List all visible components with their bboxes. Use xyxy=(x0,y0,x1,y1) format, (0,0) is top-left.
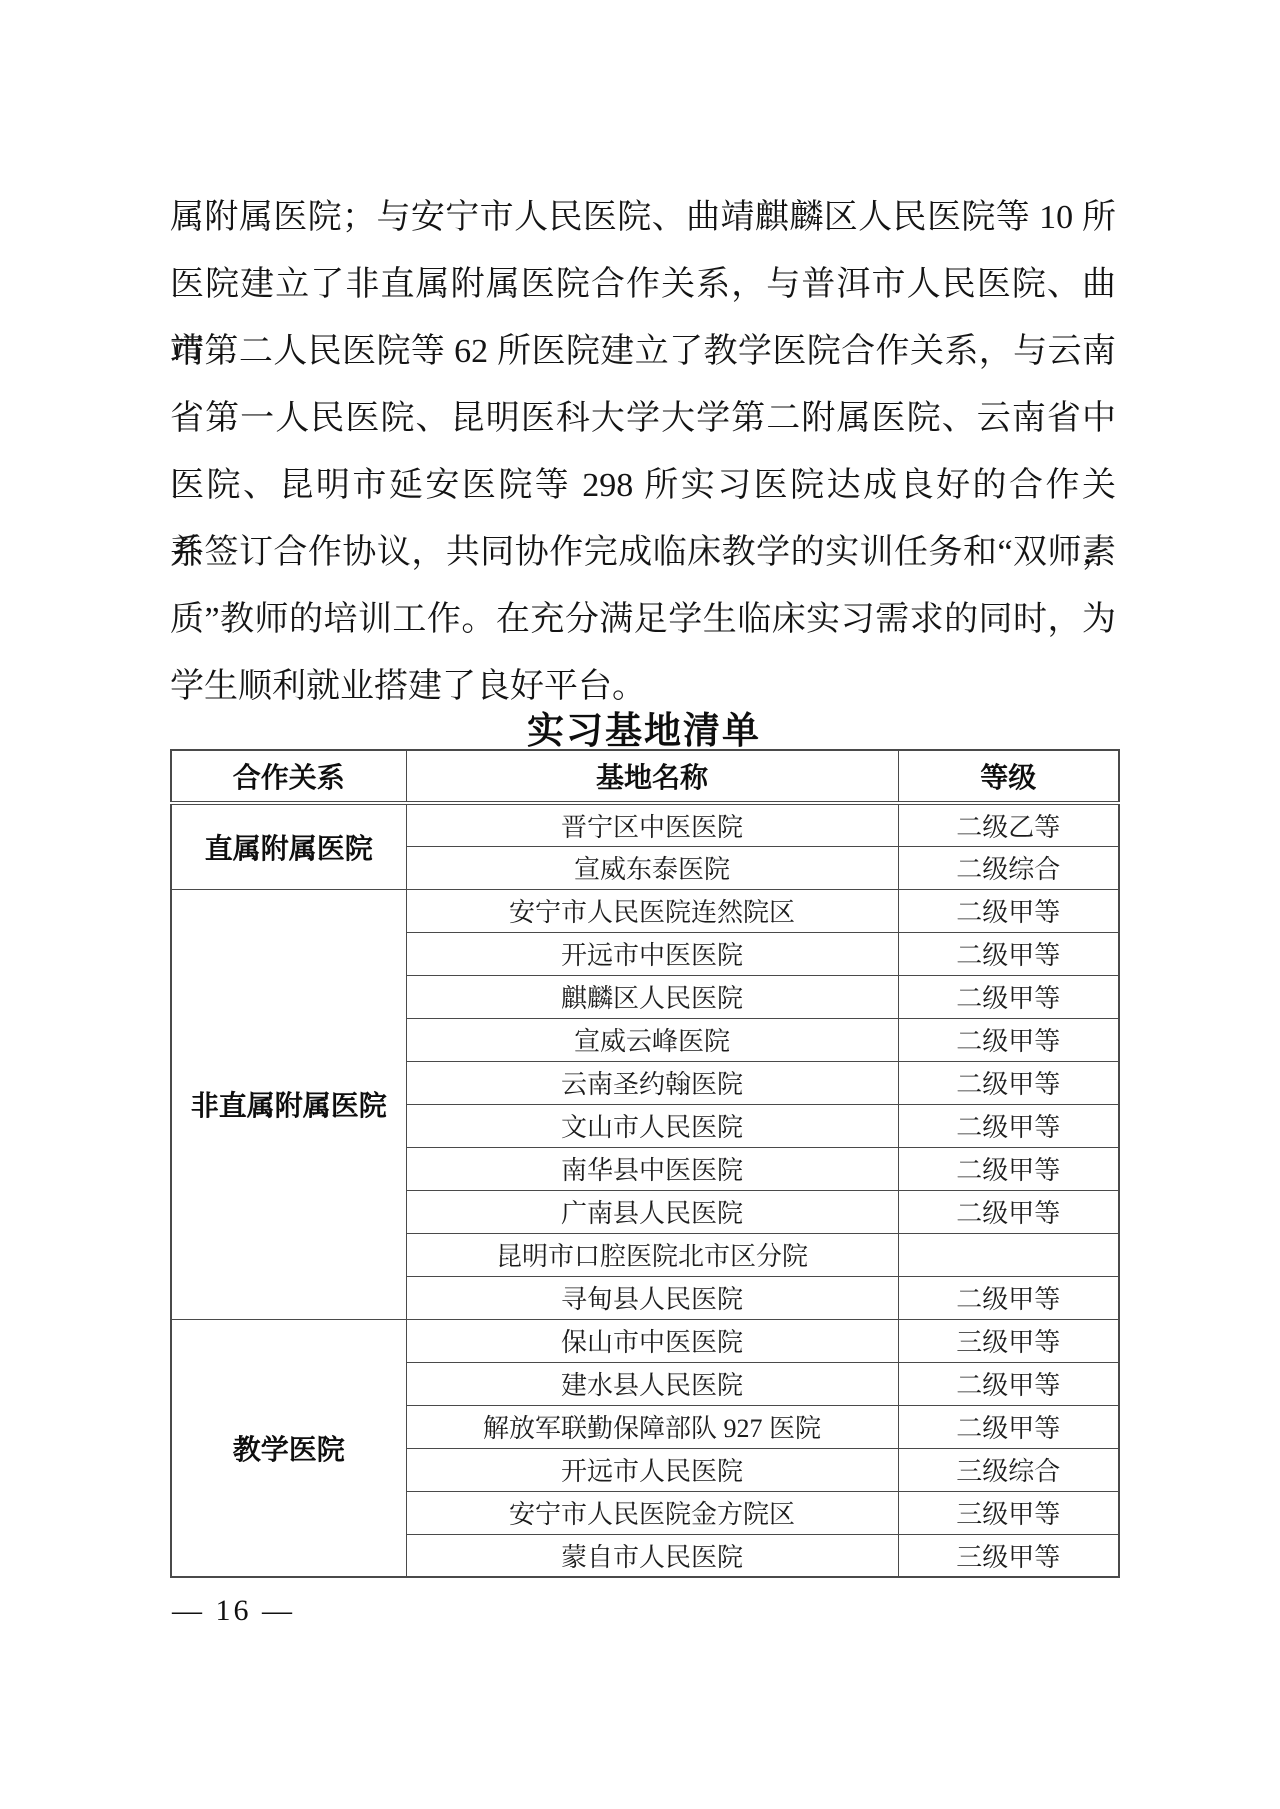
grade-cell: 二级甲等 xyxy=(898,1147,1119,1190)
grade-cell: 二级甲等 xyxy=(898,1104,1119,1147)
base-name-cell: 保山市中医医院 xyxy=(406,1319,898,1362)
paragraph-line: 质”教师的培训工作。在充分满足学生临床实习需求的同时，为 xyxy=(170,586,1116,653)
document-page: 属附属医院；与安宁市人民医院、曲靖麒麟区人民医院等 10 所 医院建立了非直属附… xyxy=(0,0,1280,1809)
base-name-cell: 解放军联勤保障部队 927 医院 xyxy=(406,1405,898,1448)
grade-cell: 三级综合 xyxy=(898,1448,1119,1491)
group-label-cell: 直属附属医院 xyxy=(171,803,406,889)
base-name-cell: 文山市人民医院 xyxy=(406,1104,898,1147)
header-grade: 等级 xyxy=(898,750,1119,803)
paragraph-line: 属附属医院；与安宁市人民医院、曲靖麒麟区人民医院等 10 所 xyxy=(170,184,1116,251)
table-row: 直属附属医院晋宁区中医医院二级乙等 xyxy=(171,803,1119,846)
header-cooperation-relation: 合作关系 xyxy=(171,750,406,803)
table-header-row: 合作关系 基地名称 等级 xyxy=(171,750,1119,803)
group-label-cell: 教学医院 xyxy=(171,1319,406,1577)
table-row: 教学医院保山市中医医院三级甲等 xyxy=(171,1319,1119,1362)
grade-cell xyxy=(898,1233,1119,1276)
base-name-cell: 安宁市人民医院连然院区 xyxy=(406,889,898,932)
paragraph-line: 医院建立了非直属附属医院合作关系，与普洱市人民医院、曲靖 xyxy=(170,251,1116,318)
grade-cell: 二级甲等 xyxy=(898,1061,1119,1104)
group-label-cell: 非直属附属医院 xyxy=(171,889,406,1319)
grade-cell: 三级甲等 xyxy=(898,1534,1119,1577)
base-name-cell: 开远市人民医院 xyxy=(406,1448,898,1491)
grade-cell: 三级甲等 xyxy=(898,1319,1119,1362)
paragraph-line: 医院、昆明市延安医院等 298 所实习医院达成良好的合作关系， xyxy=(170,452,1116,519)
grade-cell: 三级甲等 xyxy=(898,1491,1119,1534)
table-title: 实习基地清单 xyxy=(170,700,1118,754)
internship-base-table: 合作关系 基地名称 等级 直属附属医院晋宁区中医医院二级乙等宣威东泰医院二级综合… xyxy=(170,749,1120,1578)
grade-cell: 二级甲等 xyxy=(898,1405,1119,1448)
base-name-cell: 寻甸县人民医院 xyxy=(406,1276,898,1319)
page-number: — 16 — xyxy=(172,1594,295,1628)
header-base-name: 基地名称 xyxy=(406,750,898,803)
grade-cell: 二级甲等 xyxy=(898,1362,1119,1405)
base-name-cell: 宣威东泰医院 xyxy=(406,846,898,889)
base-name-cell: 安宁市人民医院金方院区 xyxy=(406,1491,898,1534)
paragraph-line: 并签订合作协议，共同协作完成临床教学的实训任务和“双师素 xyxy=(170,519,1116,586)
base-name-cell: 蒙自市人民医院 xyxy=(406,1534,898,1577)
grade-cell: 二级甲等 xyxy=(898,1018,1119,1061)
base-name-cell: 麒麟区人民医院 xyxy=(406,975,898,1018)
grade-cell: 二级甲等 xyxy=(898,889,1119,932)
grade-cell: 二级甲等 xyxy=(898,932,1119,975)
grade-cell: 二级综合 xyxy=(898,846,1119,889)
table-row: 非直属附属医院安宁市人民医院连然院区二级甲等 xyxy=(171,889,1119,932)
body-paragraph: 属附属医院；与安宁市人民医院、曲靖麒麟区人民医院等 10 所 医院建立了非直属附… xyxy=(170,184,1116,720)
grade-cell: 二级甲等 xyxy=(898,1276,1119,1319)
base-name-cell: 昆明市口腔医院北市区分院 xyxy=(406,1233,898,1276)
grade-cell: 二级乙等 xyxy=(898,803,1119,846)
base-name-cell: 云南圣约翰医院 xyxy=(406,1061,898,1104)
base-name-cell: 南华县中医医院 xyxy=(406,1147,898,1190)
paragraph-line: 市第二人民医院等 62 所医院建立了教学医院合作关系，与云南 xyxy=(170,318,1116,385)
base-name-cell: 建水县人民医院 xyxy=(406,1362,898,1405)
base-name-cell: 开远市中医医院 xyxy=(406,932,898,975)
base-name-cell: 晋宁区中医医院 xyxy=(406,803,898,846)
paragraph-line: 省第一人民医院、昆明医科大学大学第二附属医院、云南省中医 xyxy=(170,385,1116,452)
base-name-cell: 广南县人民医院 xyxy=(406,1190,898,1233)
grade-cell: 二级甲等 xyxy=(898,975,1119,1018)
grade-cell: 二级甲等 xyxy=(898,1190,1119,1233)
base-name-cell: 宣威云峰医院 xyxy=(406,1018,898,1061)
